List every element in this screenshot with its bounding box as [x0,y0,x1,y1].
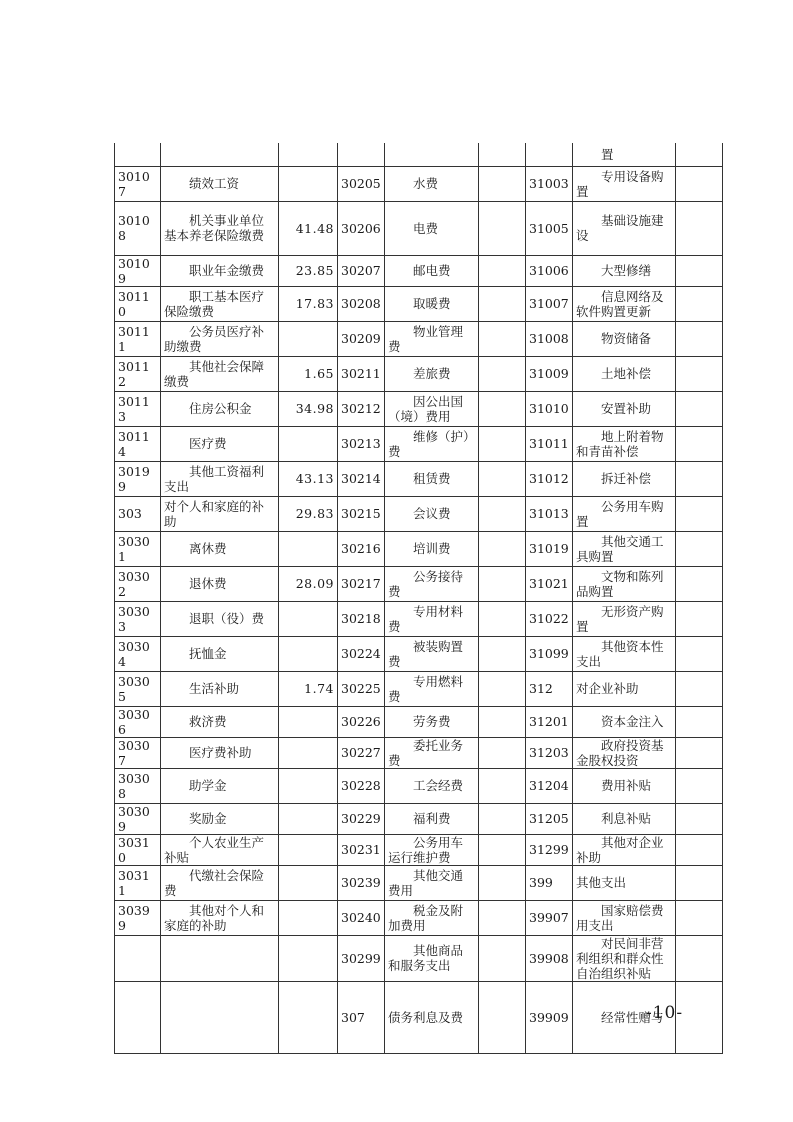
amount-cell [479,255,526,286]
amount-cell [676,636,723,671]
subject-name-cell: 绩效工资 [161,166,279,201]
subject-name-cell: 生活补助 [161,671,279,706]
subject-code-cell: 307 [338,981,385,1053]
subject-code-cell: 30108 [115,201,161,255]
amount-cell [279,768,338,803]
subject-code-cell: 30206 [338,201,385,255]
subject-code-cell: 30209 [338,321,385,356]
subject-code-cell: 31012 [526,461,573,496]
subject-code-cell: 30213 [338,426,385,461]
subject-name-cell: 其他支出 [573,865,676,900]
table-row: 置 [115,143,723,166]
subject-code-cell: 39909 [526,981,573,1053]
amount-cell [479,143,526,166]
subject-code-cell: 39908 [526,935,573,981]
subject-name-cell: 代缴社会保险费 [161,865,279,900]
subject-code-cell: 30225 [338,671,385,706]
subject-code-cell: 30113 [115,391,161,426]
subject-code-cell [338,143,385,166]
subject-code-cell: 30239 [338,865,385,900]
subject-name-cell: 公务员医疗补助缴费 [161,321,279,356]
amount-cell [279,426,338,461]
amount-cell: 43.13 [279,461,338,496]
amount-cell [676,935,723,981]
amount-cell [676,143,723,166]
subject-name-cell: 专用材料费 [385,601,479,636]
subject-name-cell: 取暖费 [385,286,479,321]
subject-code-cell [115,143,161,166]
subject-name-cell: 拆迁补偿 [573,461,676,496]
amount-cell [479,566,526,601]
table-row: 30112其他社会保障缴费1.6530211差旅费31009土地补偿 [115,356,723,391]
subject-name-cell: 因公出国（境）费用 [385,391,479,426]
subject-name-cell: 维修（护）费 [385,426,479,461]
subject-name-cell: 个人农业生产补贴 [161,834,279,865]
amount-cell [479,834,526,865]
subject-name-cell: 退休费 [161,566,279,601]
amount-cell [479,531,526,566]
subject-name-cell: 医疗费 [161,426,279,461]
subject-name-cell: 公务用车运行维护费 [385,834,479,865]
amount-cell [479,981,526,1053]
table-row: 30307医疗费补助30227委托业务费31203政府投资基金股权投资 [115,737,723,768]
subject-name-cell: 对个人和家庭的补助 [161,496,279,531]
subject-name-cell [161,143,279,166]
amount-cell [676,601,723,636]
amount-cell [279,706,338,737]
subject-code-cell: 30307 [115,737,161,768]
subject-code-cell: 30112 [115,356,161,391]
amount-cell [479,636,526,671]
subject-name-cell: 专用设备购置 [573,166,676,201]
subject-name-cell: 公务用车购置 [573,496,676,531]
table-row: 30308助学金30228工会经费31204费用补贴 [115,768,723,803]
subject-code-cell: 31005 [526,201,573,255]
subject-code-cell: 30305 [115,671,161,706]
amount-cell: 41.48 [279,201,338,255]
table-row: 30309奖励金30229福利费31205利息补贴 [115,803,723,834]
amount-cell [676,461,723,496]
subject-name-cell: 助学金 [161,768,279,803]
table-row: 30199其他工资福利支出43.1330214租赁费31012拆迁补偿 [115,461,723,496]
amount-cell: 17.83 [279,286,338,321]
amount-cell [279,737,338,768]
amount-cell [279,834,338,865]
amount-cell [479,391,526,426]
amount-cell [479,803,526,834]
subject-name-cell: 职工基本医疗保险缴费 [161,286,279,321]
subject-name-cell: 安置补助 [573,391,676,426]
subject-name-cell: 物业管理费 [385,321,479,356]
amount-cell [676,900,723,935]
subject-code-cell: 31205 [526,803,573,834]
subject-name-cell: 文物和陈列品购置 [573,566,676,601]
amount-cell [676,166,723,201]
subject-code-cell: 31021 [526,566,573,601]
subject-name-cell: 对民间非营利组织和群众性自治组织补贴 [573,935,676,981]
subject-code-cell: 30240 [338,900,385,935]
subject-name-cell [385,143,479,166]
amount-cell [676,201,723,255]
subject-name-cell: 基础设施建设 [573,201,676,255]
amount-cell [479,356,526,391]
subject-code-cell: 30212 [338,391,385,426]
table-row: 303对个人和家庭的补助29.8330215会议费31013公务用车购置 [115,496,723,531]
subject-code-cell: 30217 [338,566,385,601]
amount-cell [676,737,723,768]
subject-code-cell: 30109 [115,255,161,286]
subject-name-cell: 其他交通工具购置 [573,531,676,566]
subject-name-cell: 其他工资福利支出 [161,461,279,496]
amount-cell [676,255,723,286]
table-row: 30107绩效工资30205水费31003专用设备购置 [115,166,723,201]
subject-name-cell: 置 [573,143,676,166]
subject-code-cell: 30214 [338,461,385,496]
amount-cell: 34.98 [279,391,338,426]
subject-code-cell: 30224 [338,636,385,671]
subject-name-cell: 费用补贴 [573,768,676,803]
subject-name-cell: 其他资本性支出 [573,636,676,671]
amount-cell [479,737,526,768]
amount-cell [279,601,338,636]
subject-name-cell: 其他对个人和家庭的补助 [161,900,279,935]
amount-cell [479,461,526,496]
subject-name-cell: 差旅费 [385,356,479,391]
amount-cell [279,143,338,166]
amount-cell [279,803,338,834]
subject-code-cell: 31299 [526,834,573,865]
amount-cell [279,935,338,981]
subject-name-cell: 债务利息及费 [385,981,479,1053]
subject-code-cell: 31009 [526,356,573,391]
subject-code-cell: 312 [526,671,573,706]
subject-code-cell: 30211 [338,356,385,391]
amount-cell: 1.74 [279,671,338,706]
subject-code-cell: 303 [115,496,161,531]
amount-cell: 1.65 [279,356,338,391]
subject-code-cell: 30310 [115,834,161,865]
amount-cell: 29.83 [279,496,338,531]
subject-code-cell: 31003 [526,166,573,201]
table-row: 30302退休费28.0930217公务接待费31021文物和陈列品购置 [115,566,723,601]
amount-cell [279,166,338,201]
amount-cell [279,636,338,671]
amount-cell: 28.09 [279,566,338,601]
subject-name-cell: 邮电费 [385,255,479,286]
amount-cell [479,768,526,803]
amount-cell [479,601,526,636]
subject-code-cell: 39907 [526,900,573,935]
table-row: 30399其他对个人和家庭的补助30240税金及附加费用39907国家赔偿费用支… [115,900,723,935]
amount-cell [479,671,526,706]
subject-code-cell: 30226 [338,706,385,737]
subject-code-cell: 30311 [115,865,161,900]
subject-name-cell: 培训费 [385,531,479,566]
subject-name-cell: 土地补偿 [573,356,676,391]
subject-name-cell: 政府投资基金股权投资 [573,737,676,768]
subject-name-cell: 委托业务费 [385,737,479,768]
amount-cell [676,286,723,321]
amount-cell [676,356,723,391]
subject-name-cell: 住房公积金 [161,391,279,426]
subject-code-cell: 30306 [115,706,161,737]
amount-cell [676,426,723,461]
amount-cell [676,321,723,356]
subject-code-cell: 30107 [115,166,161,201]
table-row: 30306救济费30226劳务费31201资本金注入 [115,706,723,737]
subject-name-cell: 工会经费 [385,768,479,803]
table-row: 30109职业年金缴费23.8530207邮电费31006大型修缮 [115,255,723,286]
subject-name-cell: 其他对企业补助 [573,834,676,865]
subject-name-cell: 被装购置费 [385,636,479,671]
subject-name-cell: 抚恤金 [161,636,279,671]
table-row: 30111公务员医疗补助缴费30209物业管理费31008物资储备 [115,321,723,356]
subject-name-cell: 其他交通费用 [385,865,479,900]
subject-code-cell: 31013 [526,496,573,531]
subject-code-cell: 30216 [338,531,385,566]
amount-cell [676,803,723,834]
subject-code-cell: 30228 [338,768,385,803]
subject-code-cell: 30231 [338,834,385,865]
subject-name-cell: 劳务费 [385,706,479,737]
subject-code-cell: 31008 [526,321,573,356]
amount-cell [676,531,723,566]
subject-code-cell: 30229 [338,803,385,834]
subject-name-cell: 国家赔偿费用支出 [573,900,676,935]
subject-name-cell: 信息网络及软件购置更新 [573,286,676,321]
amount-cell [479,201,526,255]
amount-cell [279,865,338,900]
subject-code-cell: 31201 [526,706,573,737]
amount-cell [676,496,723,531]
subject-code-cell: 31022 [526,601,573,636]
amount-cell [479,900,526,935]
amount-cell [479,706,526,737]
subject-code-cell: 30114 [115,426,161,461]
subject-code-cell: 30215 [338,496,385,531]
subject-name-cell: 利息补贴 [573,803,676,834]
subject-code-cell: 30299 [338,935,385,981]
subject-code-cell: 30111 [115,321,161,356]
amount-cell [479,935,526,981]
page-number: -10- [646,1003,683,1023]
table-row: 30108机关事业单位基本养老保险缴费41.4830206电费31005基础设施… [115,201,723,255]
amount-cell [479,426,526,461]
subject-name-cell: 奖励金 [161,803,279,834]
subject-name-cell [161,981,279,1053]
subject-code-cell: 30399 [115,900,161,935]
amount-cell [479,166,526,201]
subject-code-cell: 31011 [526,426,573,461]
subject-name-cell: 救济费 [161,706,279,737]
subject-code-cell: 30303 [115,601,161,636]
subject-name-cell: 其他商品和服务支出 [385,935,479,981]
subject-name-cell: 电费 [385,201,479,255]
subject-name-cell: 机关事业单位基本养老保险缴费 [161,201,279,255]
subject-code-cell [115,981,161,1053]
subject-code-cell: 30218 [338,601,385,636]
amount-cell [479,286,526,321]
subject-name-cell: 对企业补助 [573,671,676,706]
subject-name-cell [161,935,279,981]
amount-cell [279,900,338,935]
subject-name-cell: 福利费 [385,803,479,834]
subject-code-cell: 30110 [115,286,161,321]
subject-code-cell: 30199 [115,461,161,496]
subject-code-cell: 30308 [115,768,161,803]
subject-name-cell: 物资储备 [573,321,676,356]
subject-code-cell: 399 [526,865,573,900]
amount-cell [279,981,338,1053]
subject-name-cell: 专用燃料费 [385,671,479,706]
subject-code-cell: 30208 [338,286,385,321]
subject-name-cell: 税金及附加费用 [385,900,479,935]
subject-code-cell: 31203 [526,737,573,768]
subject-code-cell: 31007 [526,286,573,321]
table-row: 30305生活补助1.7430225专用燃料费312对企业补助 [115,671,723,706]
amount-cell [479,321,526,356]
subject-code-cell: 31204 [526,768,573,803]
subject-code-cell: 31006 [526,255,573,286]
amount-cell [279,531,338,566]
subject-name-cell: 公务接待费 [385,566,479,601]
subject-code-cell: 30205 [338,166,385,201]
subject-name-cell: 水费 [385,166,479,201]
subject-name-cell: 地上附着物和青苗补偿 [573,426,676,461]
subject-code-cell: 31010 [526,391,573,426]
table-row: 30114医疗费30213维修（护）费31011地上附着物和青苗补偿 [115,426,723,461]
subject-code-cell: 30304 [115,636,161,671]
table-row: 30110职工基本医疗保险缴费17.8330208取暖费31007信息网络及软件… [115,286,723,321]
subject-name-cell: 退职（役）费 [161,601,279,636]
amount-cell [676,768,723,803]
subject-code-cell: 31099 [526,636,573,671]
table-row: 30113住房公积金34.9830212因公出国（境）费用31010安置补助 [115,391,723,426]
table-row: 30303退职（役）费30218专用材料费31022无形资产购置 [115,601,723,636]
subject-name-cell: 其他社会保障缴费 [161,356,279,391]
table-row: 30310个人农业生产补贴30231公务用车运行维护费31299其他对企业补助 [115,834,723,865]
amount-cell [676,566,723,601]
subject-code-cell: 30207 [338,255,385,286]
amount-cell: 23.85 [279,255,338,286]
amount-cell [676,865,723,900]
subject-code-cell: 30302 [115,566,161,601]
amount-cell [676,671,723,706]
amount-cell [279,321,338,356]
amount-cell [676,706,723,737]
subject-name-cell: 职业年金缴费 [161,255,279,286]
subject-name-cell: 租赁费 [385,461,479,496]
subject-code-cell: 30301 [115,531,161,566]
subject-code-cell: 30227 [338,737,385,768]
table-row: 30299其他商品和服务支出39908对民间非营利组织和群众性自治组织补贴 [115,935,723,981]
subject-code-cell: 30309 [115,803,161,834]
table-row: 30301离休费30216培训费31019其他交通工具购置 [115,531,723,566]
table-row: 307债务利息及费39909经常性赠与 [115,981,723,1053]
budget-expense-table: 置30107绩效工资30205水费31003专用设备购置30108机关事业单位基… [114,143,723,1054]
subject-code-cell [115,935,161,981]
amount-cell [676,391,723,426]
table-row: 30311代缴社会保险费30239其他交通费用399其他支出 [115,865,723,900]
table-row: 30304抚恤金30224被装购置费31099其他资本性支出 [115,636,723,671]
subject-name-cell: 医疗费补助 [161,737,279,768]
subject-name-cell: 资本金注入 [573,706,676,737]
amount-cell [676,834,723,865]
subject-name-cell: 大型修缮 [573,255,676,286]
subject-name-cell: 无形资产购置 [573,601,676,636]
subject-name-cell: 离休费 [161,531,279,566]
amount-cell [479,865,526,900]
amount-cell [479,496,526,531]
subject-code-cell [526,143,573,166]
subject-code-cell: 31019 [526,531,573,566]
subject-name-cell: 会议费 [385,496,479,531]
